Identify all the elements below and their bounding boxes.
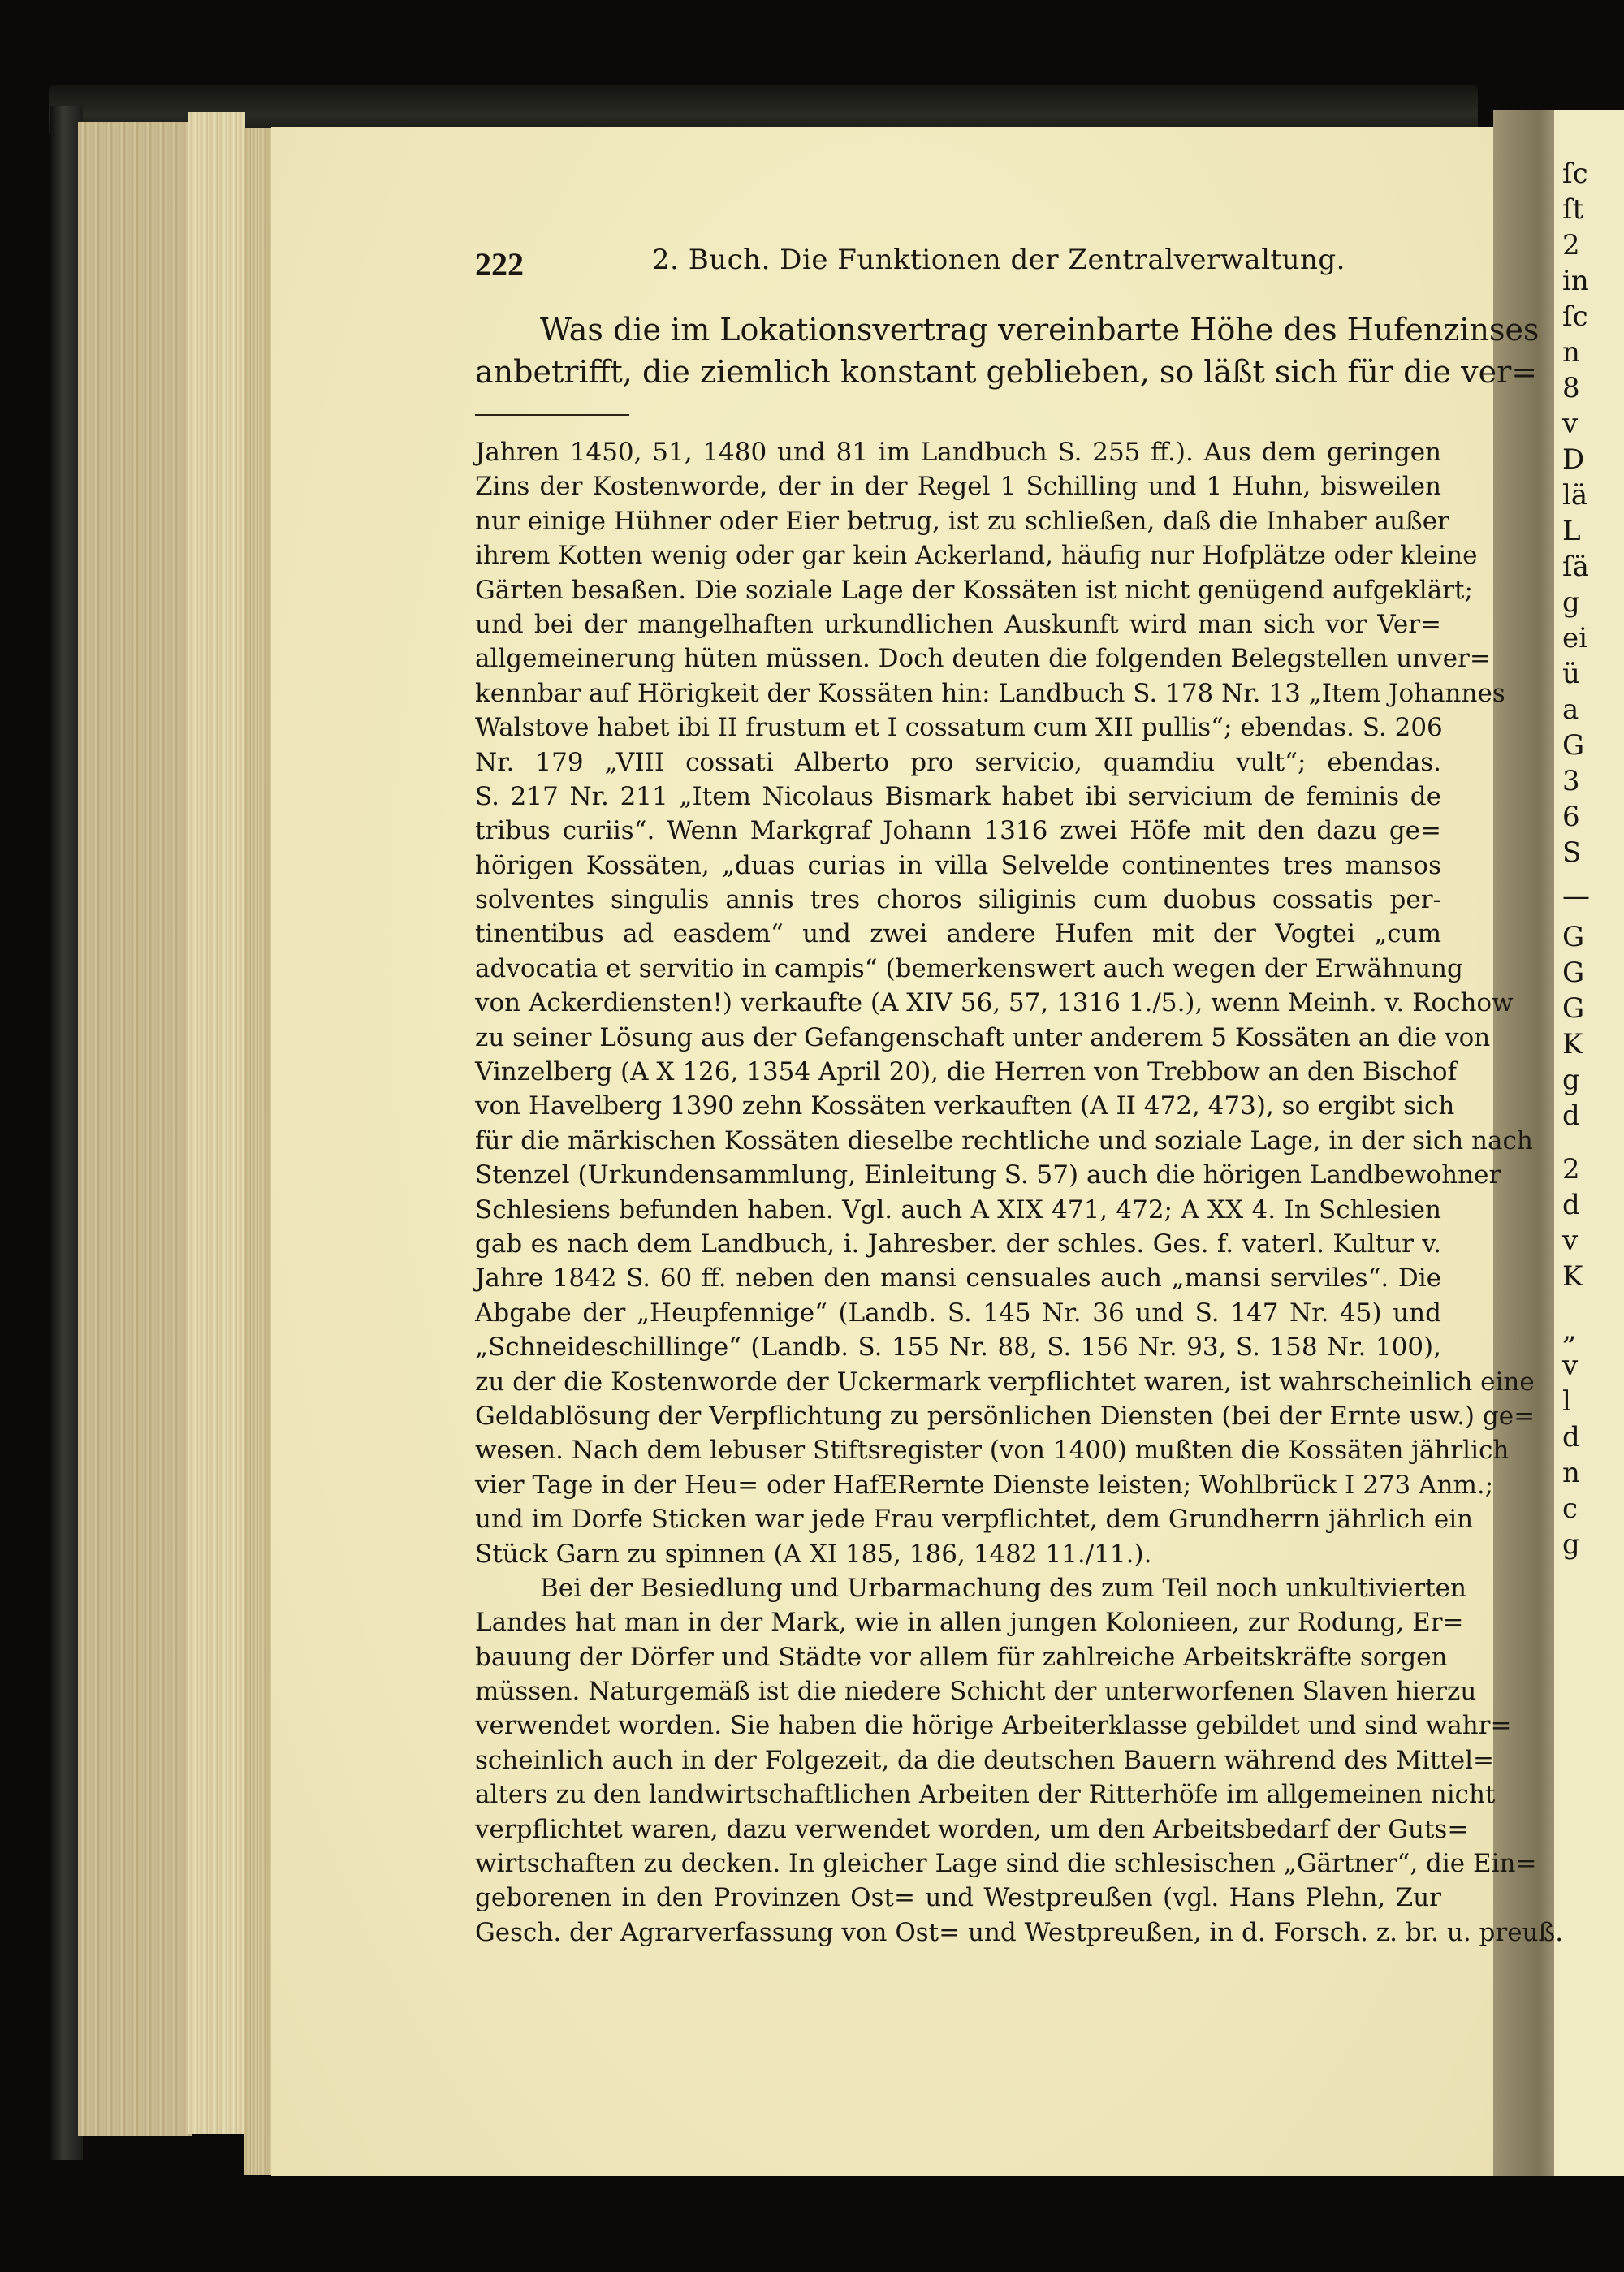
footnote-line: Landes hat man in der Mark, wie in allen… <box>475 1605 1441 1639</box>
footnotes: Jahren 1450, 51, 1480 und 81 im Landbuch… <box>475 435 1441 1950</box>
chapter-heading: 2. Buch. Die Funktionen der Zentralverwa… <box>652 235 1345 284</box>
footnote-line: kennbar auf Hörigkeit der Kossäten hin: … <box>475 676 1441 711</box>
right-page-sliver: ſcſt2inſcn8vDläLſägeiüaG36S—GGGKgd2dvK„v… <box>1554 110 1624 2189</box>
right-page-text-fragment: L <box>1562 516 1581 546</box>
right-page-text-fragment: g <box>1562 1065 1580 1095</box>
right-page-text-fragment: S <box>1562 838 1581 867</box>
right-page-text-fragment: g <box>1562 588 1580 617</box>
footnote-line: vier Tage in der Heu= oder HafERernte Di… <box>475 1468 1441 1502</box>
footnote-line: geborenen in den Provinzen Ost= und West… <box>475 1881 1441 1915</box>
footnote-line: müssen. Naturgemäß ist die niedere Schic… <box>475 1674 1441 1708</box>
footnote-line: Bei der Besiedlung und Urbarmachung des … <box>475 1571 1441 1605</box>
footnote-line: wesen. Nach dem lebuser Stiftsregister (… <box>475 1433 1441 1467</box>
right-page-text-fragment: — <box>1562 882 1590 911</box>
footnote-line: Nr. 179 „VIII cossati Alberto pro servic… <box>475 745 1441 780</box>
page-edges-stack-near <box>244 128 274 2175</box>
footnote-line: von Havelberg 1390 zehn Kossäten verkauf… <box>475 1089 1441 1123</box>
footnote-line: nur einige Hühner oder Eier betrug, ist … <box>475 504 1441 538</box>
footnote-separator <box>475 414 629 416</box>
right-page-text-fragment: „ <box>1562 1315 1577 1345</box>
right-page-text-fragment: 6 <box>1562 802 1580 831</box>
footnote-line: Jahre 1842 S. 60 ff. neben den mansi cen… <box>475 1261 1441 1295</box>
right-page-text-fragment: G <box>1562 922 1584 952</box>
right-page-text-fragment: d <box>1562 1101 1580 1130</box>
footnote-line: hörigen Kossäten, „duas curias in villa … <box>475 849 1441 883</box>
footnote-line: tinentibus ad easdem“ und zwei andere Hu… <box>475 917 1441 951</box>
right-page-text-fragment: d <box>1562 1423 1580 1452</box>
footnote-line: wirtschaften zu decken. In gleicher Lage… <box>475 1847 1441 1881</box>
footnote-line: S. 217 Nr. 211 „Item Nicolaus Bismark ha… <box>475 780 1441 814</box>
right-page-text-fragment: G <box>1562 731 1584 760</box>
right-page-text-fragment: G <box>1562 958 1584 987</box>
right-page-text-fragment: v <box>1562 409 1578 438</box>
running-head: 222 2. Buch. Die Funktionen der Zentralv… <box>475 235 1441 284</box>
footnote-line: verpflichtet waren, dazu verwendet worde… <box>475 1812 1441 1847</box>
footnote-line: zu seiner Lösung aus der Gefangenschaft … <box>475 1021 1441 1055</box>
footnote-line: Abgabe der „Heupfennige“ (Landb. S. 145 … <box>475 1296 1441 1330</box>
footnote-line: „Schneideschillinge“ (Landb. S. 155 Nr. … <box>475 1330 1441 1364</box>
footnote-line: ihrem Kotten wenig oder gar kein Ackerla… <box>475 538 1441 572</box>
footnote-line: Geldablösung der Verpflichtung zu persön… <box>475 1399 1441 1433</box>
footnote-line: Stück Garn zu spinnen (A XI 185, 186, 14… <box>475 1537 1441 1571</box>
footnote-line: zu der die Kostenworde der Uckermark ver… <box>475 1365 1441 1399</box>
right-page-text-fragment: ü <box>1562 659 1580 689</box>
page-edges-stack-inner <box>188 112 245 2134</box>
footnote-line: allgemeinerung hüten müssen. Doch deuten… <box>475 641 1441 676</box>
footnote-line: Gärten besaßen. Die soziale Lage der Kos… <box>475 573 1441 607</box>
background-bottom <box>0 2176 1624 2272</box>
footnote-line: Schlesiens befunden haben. Vgl. auch A X… <box>475 1193 1441 1227</box>
footnote-line: alters zu den landwirtschaftlichen Arbei… <box>475 1777 1441 1812</box>
footnote-line: solventes singulis annis tres choros sil… <box>475 883 1441 917</box>
right-page-text-fragment: 2 <box>1562 1155 1580 1184</box>
footnote-line: advocatia et servitio in campis“ (bemerk… <box>475 952 1441 986</box>
right-page-text-fragment: K <box>1562 1262 1583 1291</box>
right-page-text-fragment: ei <box>1562 624 1587 653</box>
right-page-text-fragment: in <box>1562 266 1589 296</box>
right-page-text-fragment: v <box>1562 1351 1578 1380</box>
footnote-line: und bei der mangelhaften urkundlichen Au… <box>475 607 1441 641</box>
right-page-text-fragment: ſc <box>1562 302 1588 331</box>
right-page-text-fragment: v <box>1562 1226 1578 1255</box>
footnote-line: tribus curiis“. Wenn Markgraf Johann 131… <box>475 814 1441 848</box>
right-page-text-fragment: d <box>1562 1190 1580 1220</box>
right-page-text-fragment: K <box>1562 1030 1583 1059</box>
page-number: 222 <box>475 240 524 289</box>
right-page-text-fragment: lä <box>1562 481 1587 510</box>
body-paragraph: Was die im Lokationsvertrag vereinbarte … <box>475 309 1441 393</box>
right-page-text-fragment: n <box>1562 1458 1580 1488</box>
right-page-text-fragment: G <box>1562 994 1584 1023</box>
footnote-line: Vinzelberg (A X 126, 1354 April 20), die… <box>475 1055 1441 1089</box>
right-page-text-fragment: 8 <box>1562 374 1580 403</box>
body-line: anbetrifft, die ziemlich konstant geblie… <box>475 351 1441 393</box>
right-page-text-fragment: g <box>1562 1530 1580 1559</box>
footnote-line: für die märkischen Kossäten dieselbe rec… <box>475 1124 1441 1158</box>
right-page-text-fragment: a <box>1562 695 1579 724</box>
right-page-text-fragment: 2 <box>1562 231 1580 260</box>
page-edges-stack <box>78 122 192 2136</box>
footnote-line: scheinlich auch in der Folgezeit, da die… <box>475 1743 1441 1777</box>
footnote-line: von Ackerdiensten!) verkaufte (A XIV 56,… <box>475 986 1441 1020</box>
footnote-line: Walstove habet ibi II frustum et I cossa… <box>475 711 1441 745</box>
footnote-line: Gesch. der Agrarverfassung von Ost= und … <box>475 1916 1441 1950</box>
right-page-text-fragment: ſä <box>1562 552 1589 581</box>
right-page-text-fragment: l <box>1562 1387 1571 1416</box>
footnote-line: bauung der Dörfer und Städte vor allem f… <box>475 1640 1441 1674</box>
right-page-text-fragment: D <box>1562 445 1584 474</box>
footnote-line: und im Dorfe Sticken war jede Frau verpf… <box>475 1502 1441 1536</box>
footnote-line: Stenzel (Urkundensammlung, Einleitung S.… <box>475 1158 1441 1192</box>
right-page-text-fragment: 3 <box>1562 767 1580 796</box>
page-text-block: 222 2. Buch. Die Funktionen der Zentralv… <box>475 235 1441 1950</box>
right-page-text-fragment: ſc <box>1562 159 1588 188</box>
body-line: Was die im Lokationsvertrag vereinbarte … <box>475 309 1441 351</box>
footnote-line: verwendet worden. Sie haben die hörige A… <box>475 1708 1441 1743</box>
right-page-text-fragment: n <box>1562 338 1580 367</box>
right-page-text-fragment: c <box>1562 1494 1578 1523</box>
footnote-line: Zins der Kostenworde, der in der Regel 1… <box>475 469 1441 503</box>
right-page-text-fragment: ſt <box>1562 195 1583 224</box>
footnote-line: Jahren 1450, 51, 1480 und 81 im Landbuch… <box>475 435 1441 469</box>
footnote-line: gab es nach dem Landbuch, i. Jahresber. … <box>475 1227 1441 1261</box>
